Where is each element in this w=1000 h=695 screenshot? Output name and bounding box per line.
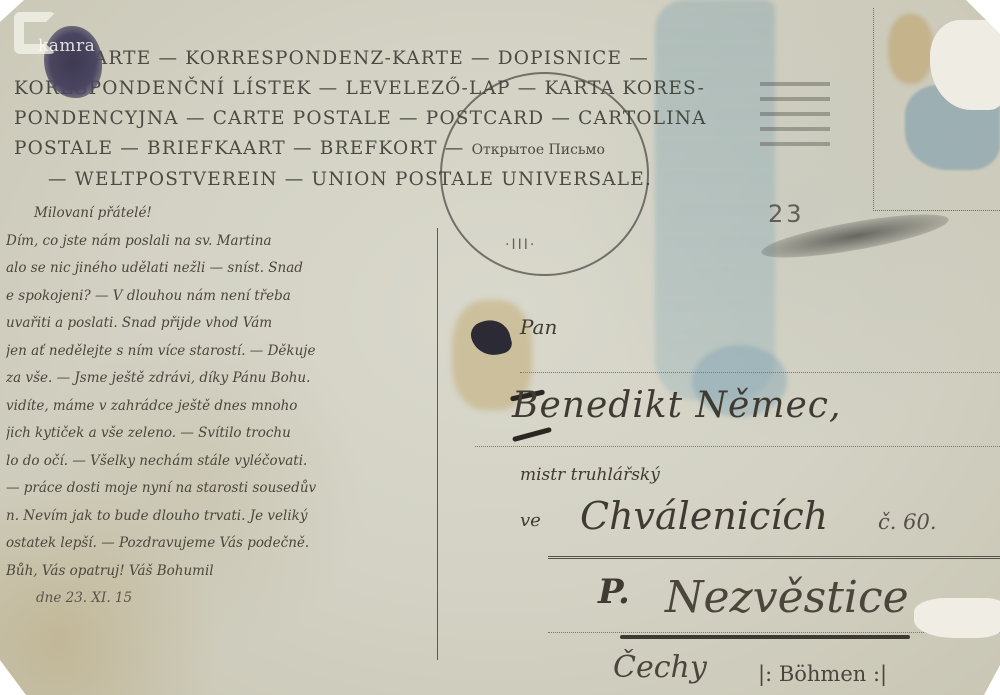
header-line: — WELTPOSTVEREIN — UNION POSTALE UNIVERS… — [14, 165, 834, 195]
message-line: jich kytiček a vše zeleno. — Svítilo tro… — [6, 420, 436, 448]
postmark-date: 23 — [768, 200, 805, 228]
address-rule — [548, 556, 1000, 559]
watermark-text: kamra — [38, 36, 95, 56]
message-line: lo do očí. — Všelky nechám stále vyléčov… — [6, 448, 436, 476]
message-line: za vše. — Jsme ještě zdrávi, díky Pánu B… — [6, 365, 436, 393]
address-preposition: ve — [520, 510, 541, 531]
postmark-text: ·III· — [505, 237, 536, 253]
address-post-abbr: P. — [598, 572, 630, 612]
postcard: ·III· 23 TKARTE — KORRESPONDENZ-KARTE — … — [0, 0, 1000, 695]
stamp-box — [873, 8, 1000, 211]
message-line: uvařiti a poslati. Snad přijde vhod Vám — [6, 310, 436, 338]
message-line: — práce dosti moje nyní na starosti sous… — [6, 475, 436, 503]
header-text: POSTALE — BRIEFKAART — BREFKORT — — [14, 138, 472, 159]
header-line: PONDENCYJNA — CARTE POSTALE — POSTCARD —… — [14, 104, 834, 134]
address-occupation: mistr truhlářský — [520, 465, 660, 485]
message-line: vidíte, máme v zahrádce ještě dnes mnoho — [6, 393, 436, 421]
address-rule — [520, 372, 1000, 373]
message-line: alo se nic jiného udělati nežli — sníst.… — [6, 255, 436, 283]
address-honorific: Pan — [520, 315, 557, 339]
address-country-german: |: Böhmen :| — [758, 662, 887, 686]
message-salutation: Milovaní přátelé! — [6, 200, 436, 228]
printed-header: TKARTE — KORRESPONDENZ-KARTE — DOPISNICE… — [14, 44, 834, 195]
paper-tear — [914, 598, 1000, 638]
address-country: Čechy — [613, 650, 707, 685]
message-line: ostatek lepší. — Pozdravujeme Vás podečn… — [6, 530, 436, 558]
message-date: dne 23. XI. 15 — [6, 585, 436, 613]
header-line: POSTALE — BRIEFKAART — BREFKORT — Открыт… — [14, 134, 834, 165]
message-line: jen ať nedělejte s ním více starostí. — … — [6, 338, 436, 366]
message-line: e spokojeni? — V dlouhou nám není třeba — [6, 283, 436, 311]
handwritten-message: Milovaní přátelé! Dím, co jste nám posla… — [6, 200, 436, 613]
underline-stroke — [620, 635, 910, 639]
address-post-town: Nezvěstice — [665, 572, 909, 623]
card-divider — [437, 228, 438, 660]
pen-stroke — [512, 427, 552, 442]
message-signature: Bůh, Vás opatruj! Váš Bohumil — [6, 558, 436, 586]
address-house-number: č. 60. — [878, 510, 937, 534]
header-cyrillic: Открытое Письмо — [472, 142, 605, 158]
header-line: KORESPONDENČNÍ LÍSTEK — LEVELEZŐ-LAP — K… — [14, 74, 834, 104]
message-line: Dím, co jste nám poslali na sv. Martina — [6, 228, 436, 256]
address-rule — [475, 446, 1000, 447]
message-line: n. Nevím jak to bude dlouho trvati. Je v… — [6, 503, 436, 531]
address-recipient-name: Benedikt Němec, — [512, 385, 841, 426]
address-town: Chválenicích — [580, 494, 828, 538]
header-line: TKARTE — KORRESPONDENZ-KARTE — DOPISNICE… — [14, 44, 834, 74]
